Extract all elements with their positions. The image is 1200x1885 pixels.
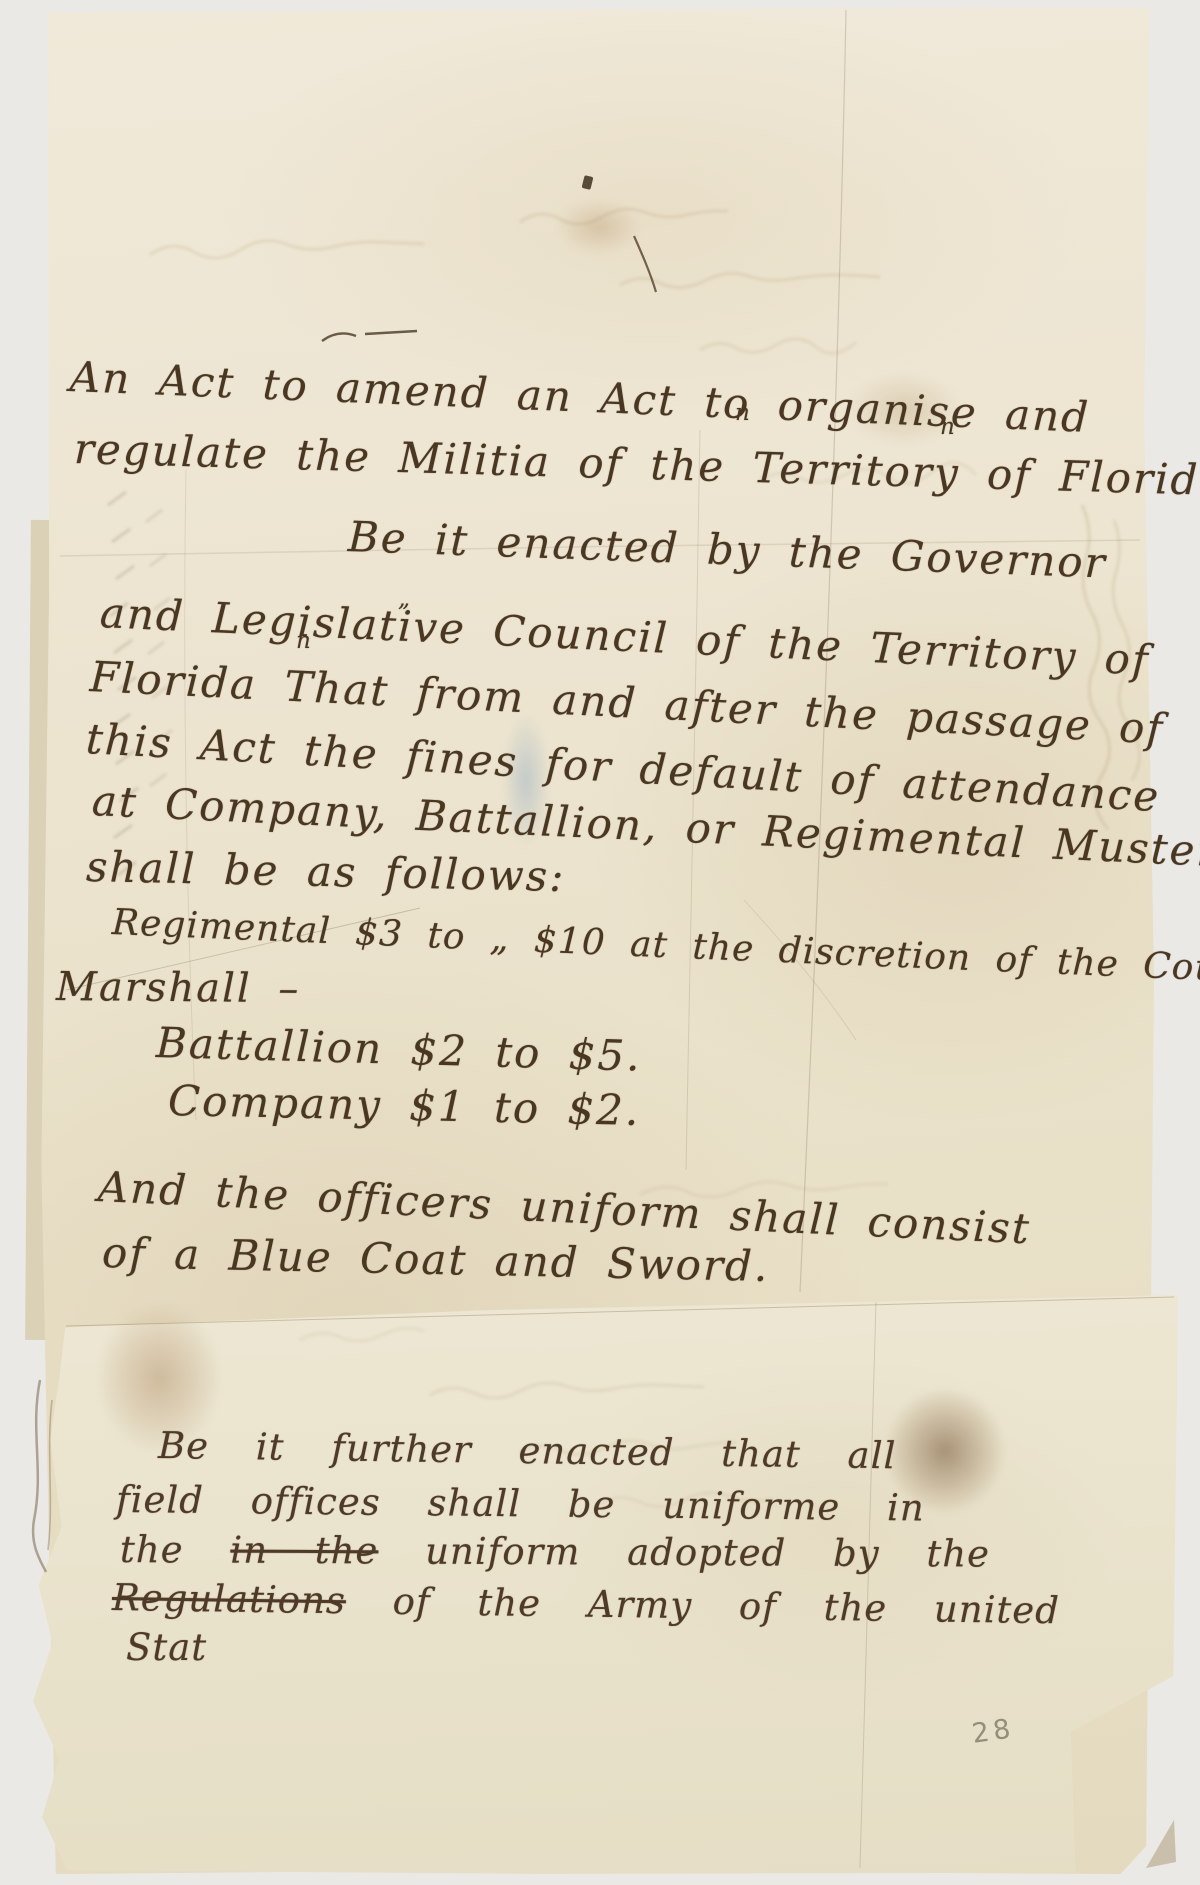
dog-ear-corner — [1146, 1820, 1176, 1868]
fine-schedule-marshall: Marshall – — [56, 964, 301, 1012]
slip-line-3: the in the uniform adopted by the — [120, 1528, 990, 1576]
pencil-folio-number: 28 — [970, 1713, 1016, 1750]
slip-line-2: field offices shall be uniforme in — [116, 1478, 925, 1529]
insertion-mark: n — [735, 400, 750, 426]
slip-line-3-pre: the — [120, 1528, 231, 1572]
manuscript-scan: An Act to amend an Act to organise and r… — [0, 0, 1200, 1885]
slip-line-5: Stat — [126, 1626, 207, 1669]
slip-line-3-post: uniform adopted by the — [378, 1529, 990, 1575]
insertion-mark: n — [940, 414, 955, 440]
insertion-mark: „ — [398, 586, 410, 612]
slip-line-4-strikethrough: Regulations — [112, 1576, 347, 1622]
insertion-mark: n — [296, 628, 311, 654]
fine-schedule-company: Company $1 to $2. — [167, 1076, 640, 1135]
enacting-clause-line-6: shall be as follows: — [85, 842, 565, 901]
slip-line-3-strikethrough: in the — [230, 1529, 378, 1573]
